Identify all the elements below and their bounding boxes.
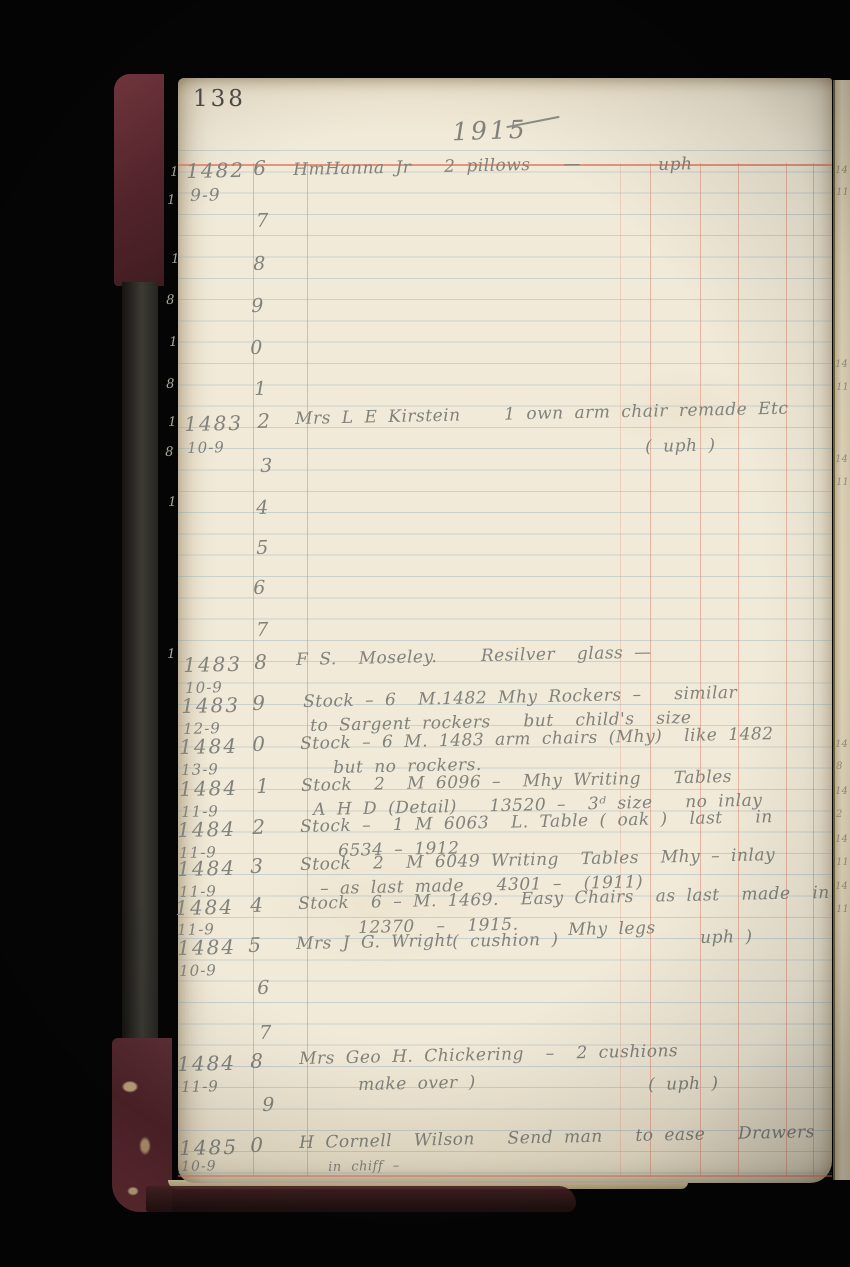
next-page-text-fragment: 11: [836, 858, 849, 868]
next-page-text-fragment: 11: [836, 905, 849, 915]
photo-background: 138 1915 HmHanna Jr 2 pillows —uph148269…: [0, 0, 850, 1267]
margin-ghost-mark: 1: [170, 166, 179, 179]
handwritten-entry-text: 10-9: [187, 440, 225, 456]
next-page-text-fragment: 8: [836, 762, 843, 772]
handwritten-entry-text: F S. Moseley. Resilver glass —: [296, 645, 652, 669]
handwritten-entry-text: 5: [256, 539, 269, 558]
handwritten-entry-text: 5: [248, 935, 263, 955]
handwritten-entry-text: 1484: [179, 736, 238, 757]
handwritten-entry-text: 8: [250, 1051, 265, 1071]
handwriting-layer: HmHanna Jr 2 pillows —uph148269-97890114…: [0, 0, 850, 1267]
margin-ghost-mark: 8: [165, 446, 174, 459]
handwritten-entry-text: Mrs L E Kirstein 1 own arm chair remade …: [295, 401, 789, 428]
handwritten-entry-text: 1: [256, 776, 271, 796]
handwritten-entry-text: 1484: [175, 897, 234, 918]
margin-ghost-mark: 1: [167, 648, 176, 661]
handwritten-entry-text: Mrs Geo H. Chickering – 2 cushions: [299, 1043, 678, 1068]
handwritten-entry-text: 8: [253, 255, 266, 274]
handwritten-entry-text: uph: [658, 156, 693, 174]
handwritten-entry-text: make over ): [358, 1075, 476, 1094]
handwritten-entry-text: Mrs J G. Wright: [296, 933, 453, 953]
handwritten-entry-text: 1483: [181, 695, 240, 716]
handwritten-entry-text: 9: [262, 1096, 275, 1115]
next-page-text-fragment: 14: [835, 882, 848, 892]
next-page-text-fragment: 11: [836, 478, 849, 488]
handwritten-entry-text: 3: [260, 457, 273, 476]
handwritten-entry-text: 9-9: [190, 187, 221, 205]
handwritten-entry-text: 6: [257, 979, 270, 998]
handwritten-entry-text: 6: [253, 158, 268, 178]
handwritten-entry-text: ( uph ): [648, 1076, 719, 1094]
handwritten-entry-text: 3: [250, 856, 265, 876]
handwritten-entry-text: 4: [250, 895, 265, 915]
next-page-text-fragment: 11: [836, 383, 849, 393]
handwritten-entry-text: 1: [254, 380, 267, 399]
margin-ghost-mark: 1: [167, 194, 176, 207]
handwritten-entry-text: 6: [253, 579, 266, 598]
next-page-text-fragment: 14: [835, 166, 848, 176]
handwritten-entry-text: 1484: [177, 858, 236, 879]
handwritten-entry-text: 8: [254, 652, 269, 672]
next-page-text-fragment: 14: [835, 740, 848, 750]
handwritten-entry-text: 7: [256, 212, 269, 231]
handwritten-entry-text: Mhy legs: [568, 920, 656, 939]
handwritten-entry-text: 1483: [184, 413, 243, 434]
handwritten-entry-text: 1484: [177, 1053, 236, 1074]
next-page-text-fragment: 14: [835, 835, 848, 845]
handwritten-entry-text: uph ): [700, 929, 753, 947]
handwritten-entry-text: 1482: [186, 160, 245, 181]
handwritten-entry-text: 9: [252, 693, 267, 713]
handwritten-entry-text: 7: [259, 1024, 272, 1043]
margin-ghost-mark: 1: [169, 336, 178, 349]
next-page-text-fragment: 2: [836, 810, 843, 820]
handwritten-entry-text: 0: [250, 339, 263, 358]
next-page-text-fragment: 14: [835, 360, 848, 370]
handwritten-entry-text: 4: [256, 499, 269, 518]
handwritten-entry-text: 9: [251, 297, 264, 316]
margin-ghost-mark: 1: [168, 416, 177, 429]
handwritten-entry-text: 2: [257, 411, 272, 431]
handwritten-entry-text: 7: [256, 621, 269, 640]
margin-ghost-mark: 8: [166, 378, 175, 391]
handwritten-entry-text: 1484: [179, 778, 238, 799]
margin-ghost-mark: 1: [168, 496, 177, 509]
next-page-text-fragment: 14: [835, 455, 848, 465]
handwritten-entry-text: 1484: [177, 819, 236, 840]
handwritten-entry-text: H Cornell Wilson Send man to ease Drawer…: [299, 1124, 815, 1152]
handwritten-entry-text: HmHanna Jr 2 pillows —: [293, 156, 581, 179]
handwritten-entry-text: 11-9: [181, 1079, 219, 1095]
handwritten-entry-text: 1483: [183, 654, 242, 675]
margin-ghost-mark: 8: [166, 294, 175, 307]
margin-ghost-mark: 1: [171, 253, 180, 266]
handwritten-entry-text: 1485: [179, 1137, 238, 1158]
handwritten-entry-text: 0: [252, 734, 267, 754]
handwritten-entry-text: in chiff –: [328, 1159, 400, 1173]
handwritten-entry-text: ( cushion ): [452, 932, 559, 951]
handwritten-entry-text: 0: [250, 1135, 265, 1155]
next-page-text-fragment: 14: [835, 787, 848, 797]
handwritten-entry-text: 1484: [177, 937, 236, 958]
handwritten-entry-text: Stock – 6 M.1482 Mhy Rockers – similar: [303, 685, 737, 711]
next-page-text-fragment: 11: [836, 188, 849, 198]
handwritten-entry-text: ( uph ): [645, 438, 716, 456]
handwritten-entry-text: 2: [252, 817, 267, 837]
handwritten-entry-text: 10-9: [181, 1159, 217, 1174]
handwritten-entry-text: 10-9: [179, 963, 217, 979]
